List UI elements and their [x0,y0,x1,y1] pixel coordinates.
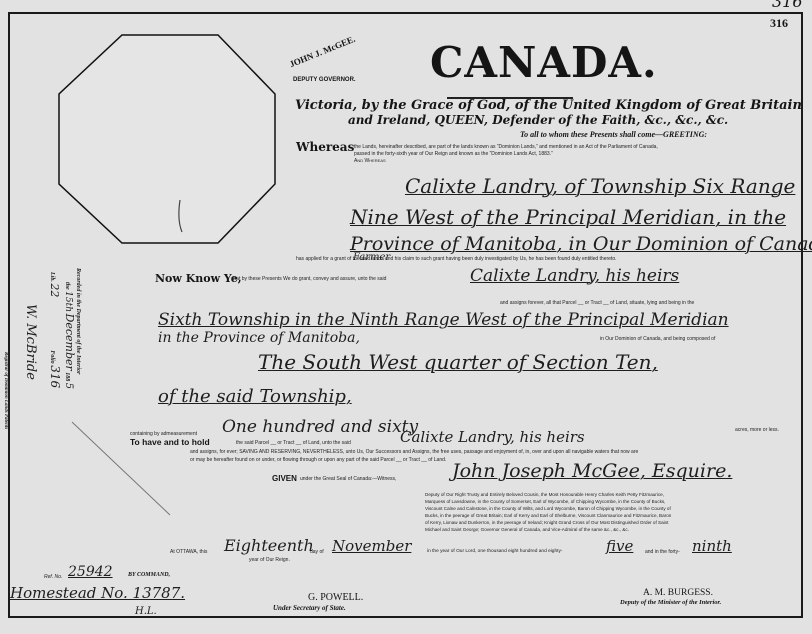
reign-value: ninth [692,537,732,555]
and-whereas: And Whereas [354,158,386,164]
secretary-title: Under Secretary of State. [273,604,346,612]
recorded-date-month: December [63,314,76,371]
witness-title-line-6: Michael and Saint George; Governor Gener… [425,527,629,532]
witness-title-line-2: Marquess of Lansdowne, in the County of … [425,499,665,504]
witness-title-line-1: Deputy of Our Right Trusty and Entirely … [425,492,664,497]
recorded-date-year-prefix: 188 [64,372,70,381]
grantee-name-1: Calixte Landry, his heirs [470,266,679,286]
document-page: 316 316 JOHN J. McGEE. DEPUTY GOVERNOR. … [0,0,812,634]
acreage: One hundred and sixty [222,417,418,437]
parcel-line-2: of the said Township, [158,386,352,407]
printed-page-number: 316 [770,16,788,31]
day-value: Eighteenth [224,536,314,555]
given-text: under the Great Seal of Canada:—Witness, [300,476,396,482]
handwritten-page-number: 316 [772,0,803,11]
year-value: five [606,537,633,555]
deputy-minister-name: A. M. BURGESS. [643,588,713,598]
preamble-line-2: and Ireland, QUEEN, Defender of the Fait… [348,113,728,127]
given-label: GIVEN [272,474,297,483]
saving-text-2: or may be hereafter found on or under, o… [190,457,446,463]
clerk-initials: H.L. [135,606,157,617]
year-text: in the year of Our Lord, one thousand ei… [427,549,562,554]
reign-text: and in the forty- [645,549,680,555]
witness-name: John Joseph McGee, Esquire. [452,460,732,482]
grantee-line-2: Nine West of the Principal Meridian, in … [350,205,786,229]
liber-folio-block: Lib. 22 Folio 316 [48,272,62,388]
registrar-title-block: Registrar of Dominion Lands Patents [0,352,18,429]
document-title: CANADA. [430,38,658,87]
registrar-title: Registrar of Dominion Lands Patents [3,352,8,429]
whereas-text-2: passed in the forty-sixth year of Our Re… [354,151,553,157]
now-know-label: Now Know Ye, [155,272,242,285]
greeting: To all to whom these Presents shall come… [520,130,707,139]
applied-text: has applied for a grant of the said land… [296,256,617,262]
liber-value: 22 [48,283,61,297]
witness-title-line-5: of Kerry, Lixnaw and Dunkerron, in the p… [425,520,669,525]
folio-value: 316 [48,365,62,388]
deputy-governor-label: DEPUTY GOVERNOR. [293,77,356,83]
grantee-line-3: Province of Manitoba, in Our Dominion of… [350,233,812,255]
recorded-date-prefix: the [64,282,70,290]
whereas-label: Whereas [296,140,354,154]
preamble-line-1: Victoria, by the Grace of God, of the Un… [295,98,802,113]
grantee-name-2: Calixte Landry, his heirs [400,428,585,446]
registrar-signature-block: W. McBride [22,304,40,380]
witness-title-line-4: Bucks, in the peerage of Great Britain; … [425,513,671,518]
witness-title-line-3: Viscount Calne and Calnstone, in the Cou… [425,506,671,511]
registrar-signature: W. McBride [23,304,38,380]
folio-label: Folio [49,350,55,363]
location-line-1: Sixth Township in the Ninth Range West o… [158,310,729,330]
dominion-text: in Our Dominion of Canada, and being com… [600,336,715,342]
parcel-line-1: The South West quarter of Section Ten, [258,350,658,374]
whereas-text-1: the Lands, hereinafter described, are pa… [354,144,658,150]
saving-text-1: and assigns, for ever; SAVING AND RESERV… [190,449,638,455]
secretary-name: G. POWELL. [308,592,363,603]
homestead-number: Homestead No. 13787. [10,584,185,602]
recorded-date-day: 15th [63,291,73,312]
grantee-line-1: Calixte Landry, of Township Six Range [405,174,795,198]
now-know-text: that by these Presents We do grant, conv… [232,276,386,282]
ref-value: 25942 [68,564,113,580]
by-command: BY COMMAND, [128,572,170,578]
at-ottawa: At OTTAWA, this [170,549,207,555]
reign-suffix: year of Our Reign. [249,557,290,563]
day-of: day of [310,549,324,555]
month-value: November [332,537,411,555]
ref-label: Ref. No. [44,574,62,580]
liber-label: Lib. [49,272,55,282]
pencil-mark-line [70,420,180,520]
location-line-2: in the Province of Manitoba, [158,330,360,346]
to-have-text: the said Parcel __ or Tract __ of Land, … [236,440,351,446]
deputy-minister-title: Deputy of the Minister of the Interior. [620,599,721,606]
seal-placeholder-octagon [58,34,276,244]
recorded-date-block: the 15th December 188 5 [63,282,76,389]
acres-label: acres, more or less. [735,427,779,433]
assigns-text: and assigns forever, all that Parcel __ … [500,300,694,306]
recorded-date-year-suffix: 5 [63,383,74,389]
